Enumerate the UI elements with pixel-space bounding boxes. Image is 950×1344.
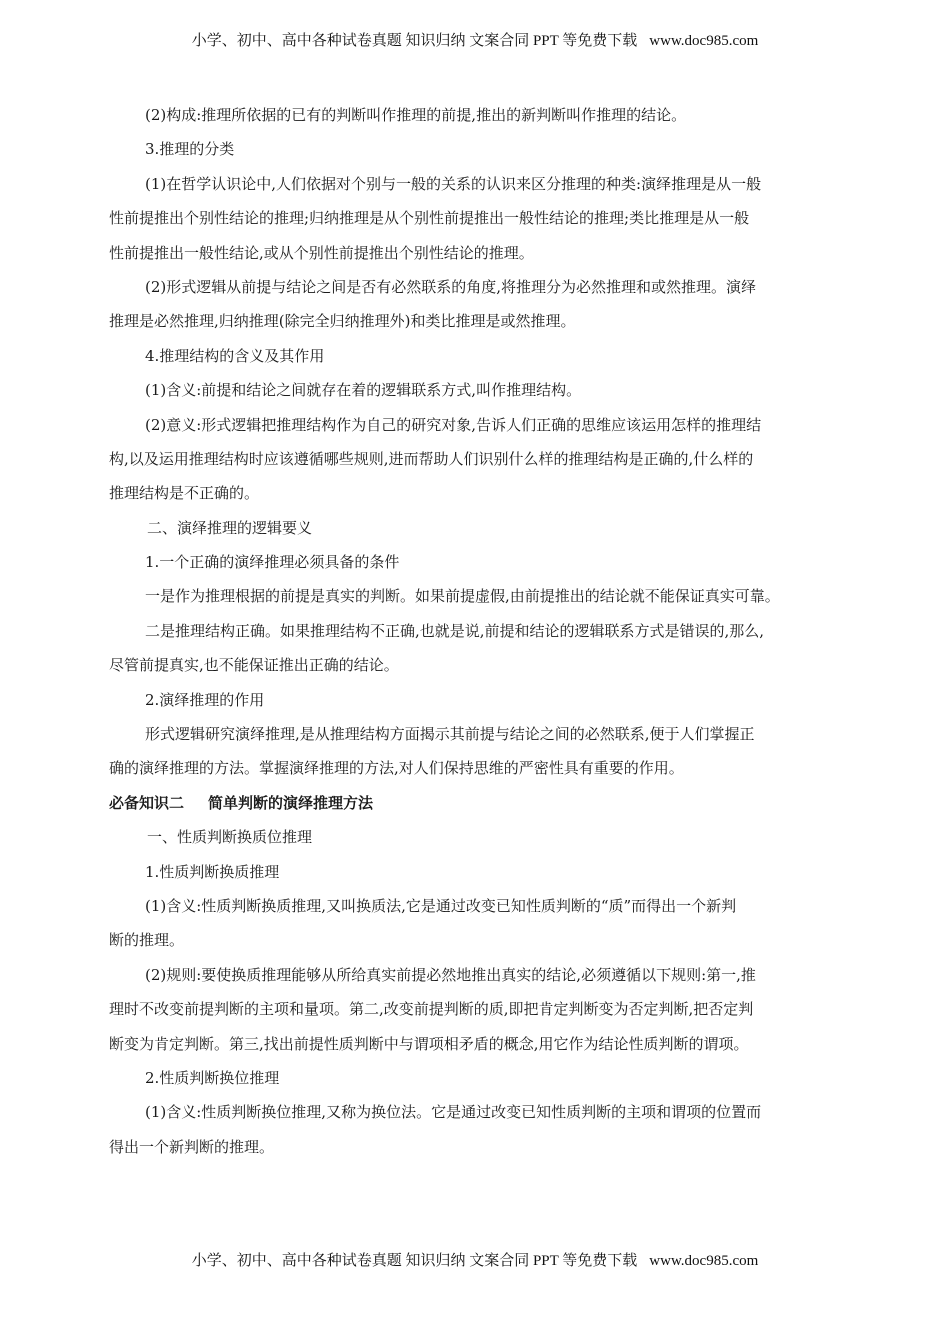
section-heading: 一、性质判断换质位推理 [109,826,849,860]
subsection-heading: 2.性质判断换位推理 [109,1067,849,1101]
paragraph-line: 形式逻辑研究演绎推理,是从推理结构方面揭示其前提与结论之间的必然联系,便于人们掌… [109,723,849,757]
paragraph-line: 推理是必然推理,归纳推理(除完全归纳推理外)和类比推理是或然推理。 [109,310,849,344]
section-heading: 二、演绎推理的逻辑要义 [109,517,849,551]
paragraph-line: 断变为肯定判断。第三,找出前提性质判断中与谓项相矛盾的概念,用它作为结论性质判断… [109,1033,849,1067]
subsection-heading: 1.性质判断换质推理 [109,861,849,895]
paragraph-line: 性前提推出一般性结论,或从个别性前提推出个别性结论的推理。 [109,242,849,276]
subsection-heading: 2.演绎推理的作用 [109,689,849,723]
paragraph-line: 构,以及运用推理结构时应该遵循哪些规则,进而帮助人们识别什么样的推理结构是正确的… [109,448,849,482]
chapter-label: 必备知识二 [109,794,184,812]
paragraph-line: (2)形式逻辑从前提与结论之间是否有必然联系的角度,将推理分为必然推理和或然推理… [109,276,849,310]
header-text: 小学、初中、高中各种试卷真题 知识归纳 文案合同 PPT 等免费下载 [192,33,638,49]
paragraph-line: (1)含义:前提和结论之间就存在着的逻辑联系方式,叫作推理结构。 [109,379,849,413]
paragraph-line: 断的推理。 [109,929,849,963]
paragraph-line: 性前提推出个别性结论的推理;归纳推理是从个别性前提推出一般性结论的推理;类比推理… [109,207,849,241]
paragraph-line: 推理结构是不正确的。 [109,482,849,516]
document-body: (2)构成:推理所依据的已有的判断叫作推理的前提,推出的新判断叫作推理的结论。 … [109,104,849,1170]
paragraph-line: 一是作为推理根据的前提是真实的判断。如果前提虚假,由前提推出的结论就不能保证真实… [109,585,849,619]
paragraph-line: (2)构成:推理所依据的已有的判断叫作推理的前提,推出的新判断叫作推理的结论。 [109,104,849,138]
subsection-heading: 1.一个正确的演绎推理必须具备的条件 [109,551,849,585]
subsection-heading: 3.推理的分类 [109,138,849,172]
paragraph-line: 理时不改变前提判断的主项和量项。第二,改变前提判断的质,即把肯定判断变为否定判断… [109,998,849,1032]
chapter-heading: 必备知识二简单判断的演绎推理方法 [109,792,849,826]
paragraph-line: 二是推理结构正确。如果推理结构不正确,也就是说,前提和结论的逻辑联系方式是错误的… [109,620,849,654]
paragraph-line: 确的演绎推理的方法。掌握演绎推理的方法,对人们保持思维的严密性具有重要的作用。 [109,757,849,791]
paragraph-line: (1)含义:性质判断换质推理,又叫换质法,它是通过改变已知性质判断的“质”而得出… [109,895,849,929]
paragraph-line: (1)含义:性质判断换位推理,又称为换位法。它是通过改变已知性质判断的主项和谓项… [109,1101,849,1135]
paragraph-line: 尽管前提真实,也不能保证推出正确的结论。 [109,654,849,688]
header-site-link[interactable]: www.doc985.com [649,33,758,49]
chapter-title: 简单判断的演绎推理方法 [208,794,373,812]
page-header: 小学、初中、高中各种试卷真题 知识归纳 文案合同 PPT 等免费下载www.do… [0,29,950,50]
footer-text: 小学、初中、高中各种试卷真题 知识归纳 文案合同 PPT 等免费下载 [192,1253,638,1269]
paragraph-line: (1)在哲学认识论中,人们依据对个别与一般的关系的认识来区分推理的种类:演绎推理… [109,173,849,207]
page-footer: 小学、初中、高中各种试卷真题 知识归纳 文案合同 PPT 等免费下载www.do… [0,1249,950,1270]
footer-site-link[interactable]: www.doc985.com [649,1253,758,1269]
paragraph-line: (2)规则:要使换质推理能够从所给真实前提必然地推出真实的结论,必须遵循以下规则… [109,964,849,998]
subsection-heading: 4.推理结构的含义及其作用 [109,345,849,379]
paragraph-line: (2)意义:形式逻辑把推理结构作为自己的研究对象,告诉人们正确的思维应该运用怎样… [109,414,849,448]
paragraph-line: 得出一个新判断的推理。 [109,1136,849,1170]
